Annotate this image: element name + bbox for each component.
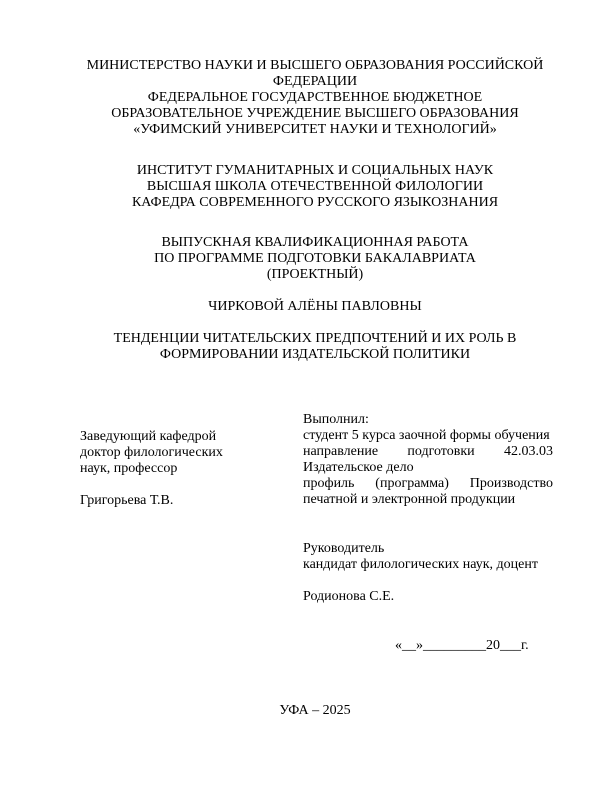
- head-name: Григорьева Т.В.: [80, 493, 280, 509]
- work-type: ВЫПУСКНАЯ КВАЛИФИКАЦИОННАЯ РАБОТА ПО ПРО…: [60, 235, 570, 283]
- supervisor-degree: кандидат филологических наук, доцент: [303, 557, 553, 573]
- city-year: УФА – 2025: [60, 703, 570, 719]
- profile-name: печатной и электронной продукции: [303, 492, 553, 508]
- work-type-line: ПО ПРОГРАММЕ ПОДГОТОВКИ БАКАЛАВРИАТА: [60, 251, 570, 267]
- footer: УФА – 2025: [60, 703, 570, 719]
- head-of-department: Заведующий кафедрой доктор филологически…: [80, 429, 280, 509]
- institute-line: КАФЕДРА СОВРЕМЕННОГО РУССКОГО ЯЗЫКОЗНАНИ…: [60, 195, 570, 211]
- direction: направление подготовки 42.03.03: [303, 444, 553, 460]
- date-line: «__»_________20___г.: [395, 638, 529, 654]
- ministry-header: МИНИСТЕРСТВО НАУКИ И ВЫСШЕГО ОБРАЗОВАНИЯ…: [60, 58, 570, 138]
- institute-header: ИНСТИТУТ ГУМАНИТАРНЫХ И СОЦИАЛЬНЫХ НАУК …: [60, 163, 570, 211]
- student-info: студент 5 курса заочной формы обучения: [303, 428, 553, 444]
- supervisor-label: Руководитель: [303, 541, 553, 557]
- performed-by: Выполнил: студент 5 курса заочной формы …: [303, 412, 553, 508]
- thesis-title: ТЕНДЕНЦИИ ЧИТАТЕЛЬСКИХ ПРЕДПОЧТЕНИЙ И ИХ…: [60, 331, 570, 363]
- author-name: ЧИРКОВОЙ АЛЁНЫ ПАВЛОВНЫ: [60, 299, 570, 315]
- head-degree: наук, профессор: [80, 461, 280, 477]
- title-line: ТЕНДЕНЦИИ ЧИТАТЕЛЬСКИХ ПРЕДПОЧТЕНИЙ И ИХ…: [60, 331, 570, 347]
- performed-label: Выполнил:: [303, 412, 553, 428]
- header-line: «УФИМСКИЙ УНИВЕРСИТЕТ НАУКИ И ТЕХНОЛОГИЙ…: [60, 122, 570, 138]
- work-type-line: ВЫПУСКНАЯ КВАЛИФИКАЦИОННАЯ РАБОТА: [60, 235, 570, 251]
- header-line: ФЕДЕРАЛЬНОЕ ГОСУДАРСТВЕННОЕ БЮДЖЕТНОЕ: [60, 90, 570, 106]
- institute-line: ИНСТИТУТ ГУМАНИТАРНЫХ И СОЦИАЛЬНЫХ НАУК: [60, 163, 570, 179]
- head-degree: доктор филологических: [80, 445, 280, 461]
- author: ЧИРКОВОЙ АЛЁНЫ ПАВЛОВНЫ: [60, 299, 570, 315]
- supervisor: Руководитель кандидат филологических нау…: [303, 541, 553, 605]
- work-type-line: (ПРОЕКТНЫЙ): [60, 267, 570, 283]
- title-line: ФОРМИРОВАНИИ ИЗДАТЕЛЬСКОЙ ПОЛИТИКИ: [60, 347, 570, 363]
- header-line: МИНИСТЕРСТВО НАУКИ И ВЫСШЕГО ОБРАЗОВАНИЯ…: [60, 58, 570, 74]
- profile: профиль (программа) Производство: [303, 476, 553, 492]
- header-line: ФЕДЕРАЦИИ: [60, 74, 570, 90]
- institute-line: ВЫСШАЯ ШКОЛА ОТЕЧЕСТВЕННОЙ ФИЛОЛОГИИ: [60, 179, 570, 195]
- head-role: Заведующий кафедрой: [80, 429, 280, 445]
- supervisor-name: Родионова С.Е.: [303, 589, 553, 605]
- header-line: ОБРАЗОВАТЕЛЬНОЕ УЧРЕЖДЕНИЕ ВЫСШЕГО ОБРАЗ…: [60, 106, 570, 122]
- direction-name: Издательское дело: [303, 460, 553, 476]
